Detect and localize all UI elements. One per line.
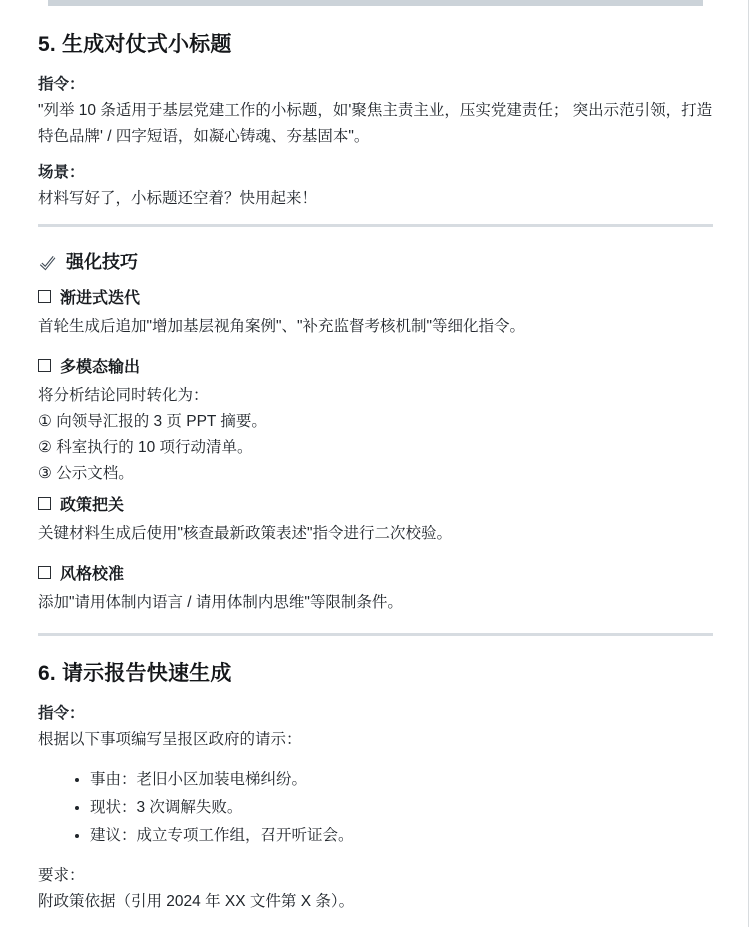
list-item: 事由：老旧小区加装电梯纠纷。: [90, 767, 713, 793]
tip-title-label: 渐进式迭代: [60, 290, 140, 307]
scene-label: 场景：: [38, 160, 713, 186]
checkbox-icon: [38, 359, 51, 372]
tip-title-label: 风格校准: [60, 566, 124, 583]
checkbox-icon: [38, 290, 51, 303]
tip-title-label: 多模态输出: [60, 359, 140, 376]
check-icon: [38, 253, 57, 272]
tip-title: 多模态输出: [38, 357, 713, 378]
tip-body-line: ② 科室执行的 10 项行动清单。: [38, 435, 713, 461]
tip-body-line: ① 向领导汇报的 3 页 PPT 摘要。: [38, 409, 713, 435]
top-scroll-remnant-bar: [48, 0, 703, 6]
section6-heading: 6. 请示报告快速生成: [38, 660, 713, 687]
matter-list: 事由：老旧小区加装电梯纠纷。 现状：3 次调解失败。 建议：成立专项工作组，召开…: [38, 767, 713, 849]
instruction-text: "列举 10 条适用于基层党建工作的小标题，如'聚焦主责主业，压实党建责任； 突…: [38, 98, 713, 150]
tips-heading: 强化技巧: [38, 251, 713, 274]
tip-title: 渐进式迭代: [38, 288, 713, 309]
tip-body: 首轮生成后追加"增加基层视角案例"、"补充监督考核机制"等细化指令。: [38, 314, 713, 340]
section5-scene-block: 场景： 材料写好了，小标题还空着？快用起来！: [38, 160, 713, 212]
window-right-border: [748, 0, 749, 927]
requirement-text: 附政策依据（引用 2024 年 XX 文件第 X 条）。: [38, 889, 713, 915]
tip-title-label: 政策把关: [60, 497, 124, 514]
section5-instruction-block: 指令： "列举 10 条适用于基层党建工作的小标题，如'聚焦主责主业，压实党建责…: [38, 72, 713, 150]
scene-text: 材料写好了，小标题还空着？快用起来！: [38, 186, 713, 212]
tip-body: 关键材料生成后使用"核查最新政策表述"指令进行二次校验。: [38, 521, 713, 547]
section-divider: [38, 633, 713, 636]
document-body: 5. 生成对仗式小标题 指令： "列举 10 条适用于基层党建工作的小标题，如'…: [0, 0, 751, 915]
instruction-label: 指令：: [38, 72, 713, 98]
tip-body: 添加"请用体制内语言 / 请用体制内思维"等限制条件。: [38, 590, 713, 616]
instruction-label: 指令：: [38, 701, 713, 727]
tips-heading-label: 强化技巧: [66, 251, 138, 274]
requirement-label: 要求：: [38, 863, 713, 889]
section5-heading: 5. 生成对仗式小标题: [38, 31, 713, 58]
list-item: 建议：成立专项工作组，召开听证会。: [90, 823, 713, 849]
section-divider: [38, 224, 713, 227]
instruction-intro: 根据以下事项编写呈报区政府的请示：: [38, 727, 713, 753]
section6-instruction-block: 指令： 根据以下事项编写呈报区政府的请示：: [38, 701, 713, 753]
tip-body-line: 将分析结论同时转化为：: [38, 383, 713, 409]
tip-body: 将分析结论同时转化为： ① 向领导汇报的 3 页 PPT 摘要。 ② 科室执行的…: [38, 383, 713, 487]
list-item: 现状：3 次调解失败。: [90, 795, 713, 821]
checkbox-icon: [38, 497, 51, 510]
requirement-block: 要求： 附政策依据（引用 2024 年 XX 文件第 X 条）。: [38, 863, 713, 915]
tip-body-line: ③ 公示文档。: [38, 461, 713, 487]
tip-title: 风格校准: [38, 564, 713, 585]
checkbox-icon: [38, 566, 51, 579]
tip-title: 政策把关: [38, 495, 713, 516]
